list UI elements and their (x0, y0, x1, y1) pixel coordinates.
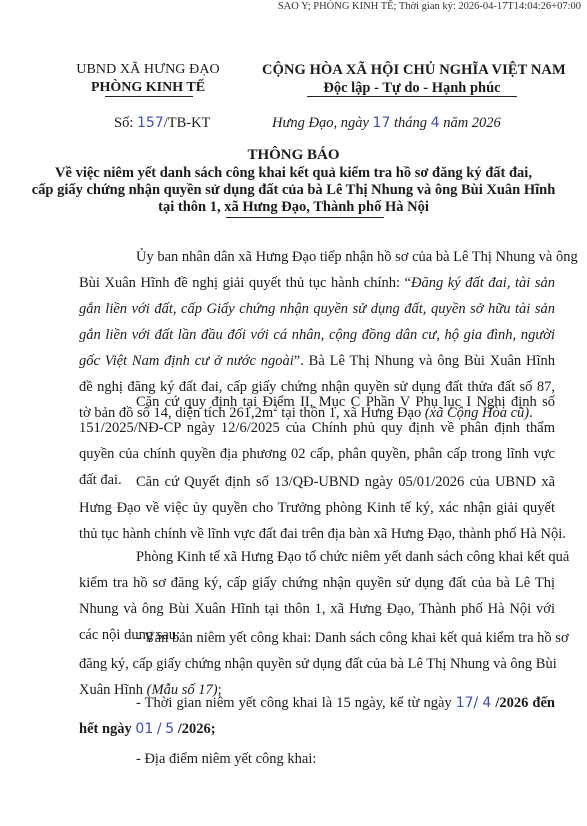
subject-line-2: cấp giấy chứng nhận quyền sử dụng đất củ… (0, 182, 587, 199)
national-header: CỘNG HÒA XÃ HỘI CHỦ NGHĨA VIỆT NAM Độc l… (262, 62, 562, 97)
handwritten-end-day: 01 (135, 721, 153, 737)
document-page: SAO Y; PHÒNG KINH TẾ; Thời gian ký: 2026… (0, 0, 587, 826)
national-motto: Độc lập - Tự do - Hạnh phúc (262, 80, 562, 97)
item-posting-period: - Thời gian niêm yết công khai là 15 ngà… (79, 690, 555, 742)
agency-name: UBND XÃ HƯNG ĐẠO (62, 62, 234, 78)
header-right-divider (307, 96, 517, 97)
place-and-date: Hưng Đạo, ngày 17 tháng 4 năm 2026 (272, 115, 501, 132)
handwritten-start-month: 4 (482, 695, 491, 711)
subject-line-1: Về việc niêm yết danh sách công khai kết… (0, 165, 587, 182)
document-number: Số: 157/TB-KT (114, 115, 210, 132)
subject-divider (226, 217, 384, 218)
subject-line-3: tại thôn 1, xã Hưng Đạo, Thành phố Hà Nộ… (0, 199, 587, 216)
digital-signature-stamp: SAO Y; PHÒNG KINH TẾ; Thời gian ký: 2026… (278, 1, 581, 12)
issuing-agency-header: UBND XÃ HƯNG ĐẠO PHÒNG KINH TẾ (62, 62, 234, 96)
paragraph-decision-basis: Căn cứ Quyết định số 13/QĐ-UBND ngày 05/… (79, 469, 555, 547)
handwritten-doc-number: 157 (137, 115, 164, 131)
header-left-divider (105, 96, 193, 97)
handwritten-start-day: 17 (456, 695, 474, 711)
item-posting-location: - Địa điểm niêm yết công khai: (79, 746, 555, 772)
nation-name: CỘNG HÒA XÃ HỘI CHỦ NGHĨA VIỆT NAM (262, 62, 562, 79)
document-title: THÔNG BÁO (0, 147, 587, 164)
handwritten-end-month: 5 (165, 721, 174, 737)
handwritten-month: 4 (431, 115, 440, 131)
department-name: PHÒNG KINH TẾ (62, 80, 234, 96)
handwritten-day: 17 (373, 115, 391, 131)
